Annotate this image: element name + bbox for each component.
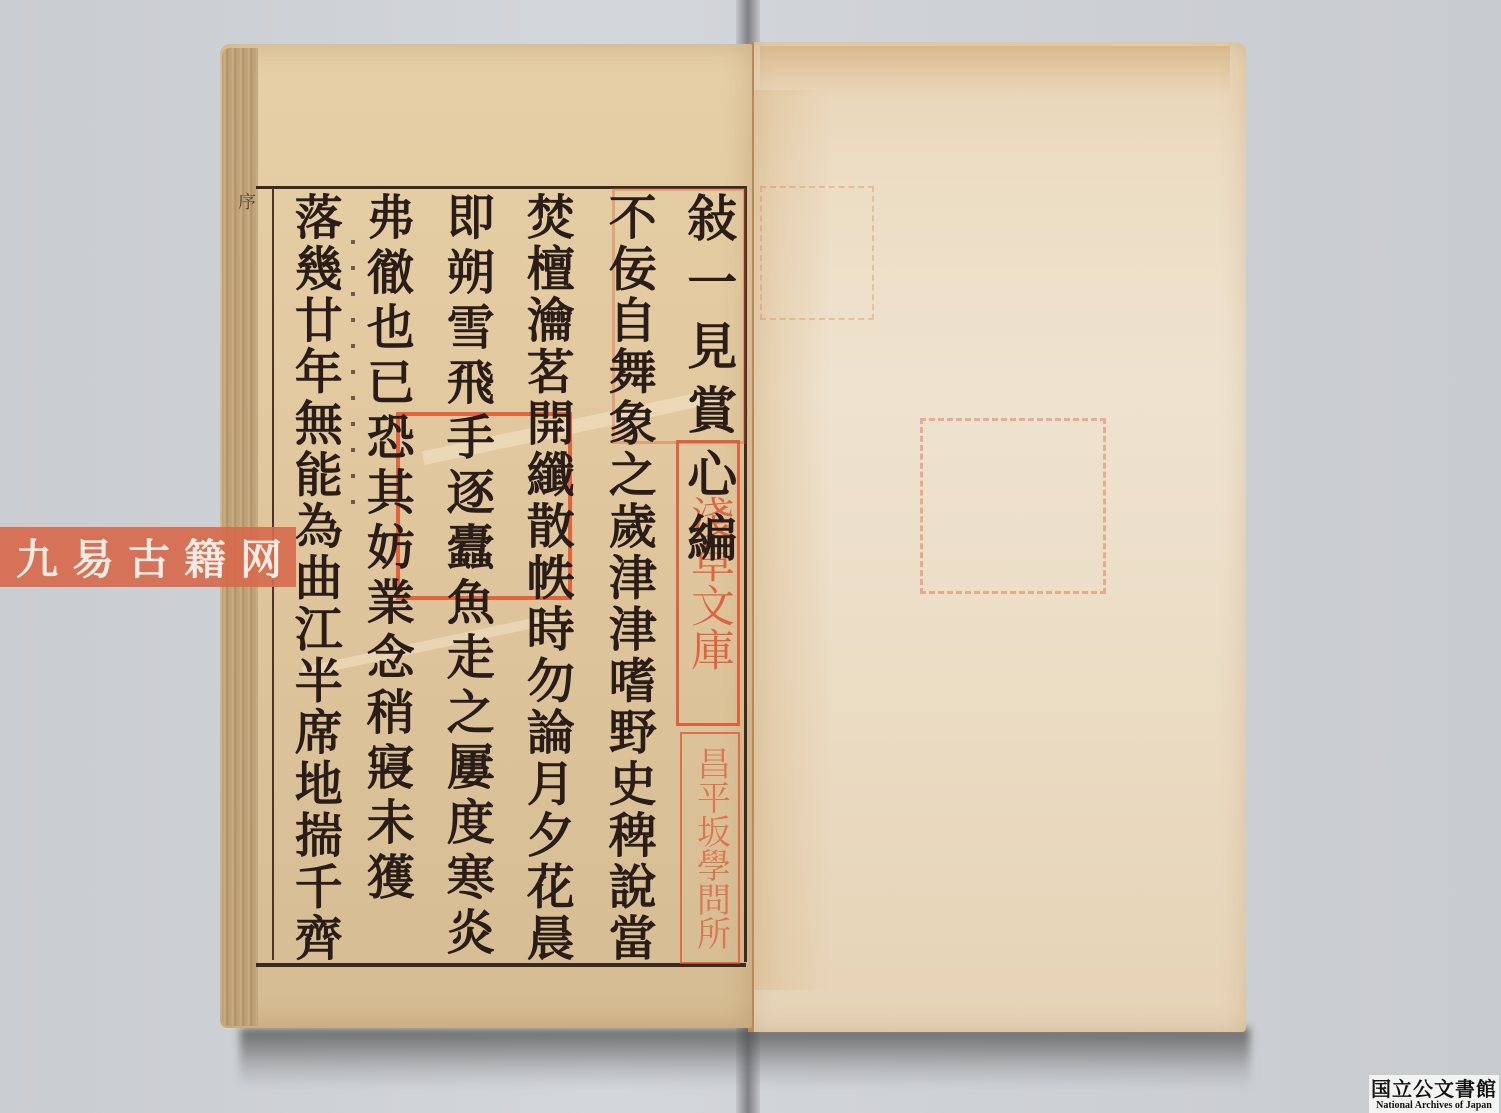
- text-column-3: 焚檀瀹茗開纖散帙時勿論月夕花晨: [516, 192, 576, 965]
- archive-logo: 国立公文書館 National Archives of Japan: [1369, 1075, 1499, 1113]
- right-page-water-stain: [760, 46, 1230, 96]
- seal-shoheizaka: 昌平坂學問所: [680, 732, 740, 964]
- watermark-banner: 九易古籍网: [0, 527, 296, 587]
- text-column-title: 敍一見賞心編: [678, 192, 738, 576]
- seal-shoheizaka-text: 昌平坂學問所: [683, 746, 738, 950]
- text-column-4: 即朔雪飛手逐蠹魚走之屢度寒炎: [436, 192, 496, 962]
- text-column-content: 弗徹也已恐其妨業念稍寢未獲: [354, 192, 419, 907]
- margin-mark: 序: [232, 192, 258, 210]
- text-column-content: 敍一見賞心編: [676, 192, 741, 576]
- book-shadow: [240, 1028, 1250, 1088]
- archive-logo-cjk: 国立公文書館: [1371, 1078, 1497, 1100]
- text-column-5: 弗徹也已恐其妨業念稍寢未獲: [356, 192, 416, 907]
- text-column-2: 不佞自舞象之歲津津嗜野史稗說當: [598, 192, 658, 965]
- faded-seal-top: [760, 186, 874, 320]
- watermark-text: 九易古籍网: [0, 527, 296, 587]
- text-column-content: 即朔雪飛手逐蠹魚走之屢度寒炎: [434, 192, 499, 962]
- text-column-content: 不佞自舞象之歲津津嗜野史稗說當: [596, 192, 661, 965]
- punctuation-marks: [351, 240, 355, 510]
- faded-seal-right: [920, 418, 1106, 594]
- text-column-content: 焚檀瀹茗開纖散帙時勿論月夕花晨: [514, 192, 579, 965]
- archive-logo-english: National Archives of Japan: [1376, 1100, 1492, 1111]
